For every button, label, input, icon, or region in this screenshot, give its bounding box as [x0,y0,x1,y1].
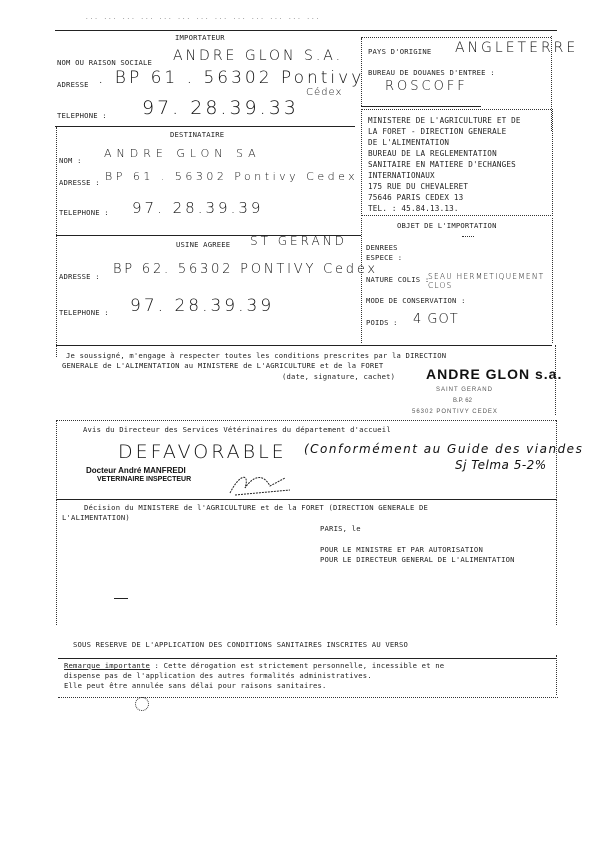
avis-note2: Sj Telma 5-2% [455,458,547,472]
divider [58,658,556,659]
top-border [55,30,557,31]
importateur-title: IMPORTATEUR [175,33,225,42]
remarque-line1-rest: : Cette dérogation est strictement perso… [150,661,444,670]
divider [55,126,355,127]
objet-title: OBJET DE L'IMPORTATION [397,221,497,230]
origin-customs-label: BUREAU DE DOUANES D'ENTREE : [368,68,495,77]
destinataire-address-label: ADRESSE : [59,178,100,187]
objet-poids-label: POIDS : [366,318,398,327]
avis-title: Avis du Directeur des Services Vétérinai… [83,425,391,434]
importateur-name-label: NOM OU RAISON SOCIALE [57,58,152,67]
decor-underline [462,236,474,237]
ministry-line: LA FORET - DIRECTION GENERALE [368,126,552,137]
usine-title: USINE AGREEE [176,240,230,249]
destinataire-name-label: NOM : [59,156,82,165]
remarque-line1: Remarque importante : Cette dérogation e… [64,661,444,670]
engagement-line1: Je soussigné, m'engage à respecter toute… [66,351,446,360]
decision-auth-line2: POUR LE DIRECTEUR GENERAL DE L'ALIMENTAT… [320,555,515,564]
faint-header-text: ... ... ... ... ... ... ... ... ... ... … [85,14,320,21]
divider [56,345,552,346]
origin-left-border [361,38,362,106]
objet-nature-label: NATURE COLIS : [366,275,429,284]
origin-top-border [361,37,551,38]
ministry-line: INTERNATIONAUX [368,170,552,181]
stamp-line2: SAINT GERAND [436,387,493,393]
reserve-text: SOUS RESERVE DE L'APPLICATION DES CONDIT… [73,640,408,649]
usine-address-value: BP 62. 56302 PONTIVY Cedex [113,262,378,277]
avis-note: (Conformément au Guide des viandes [304,442,583,456]
divider [56,499,556,500]
remarque-label: Remarque importante [64,661,150,670]
ministry-lines: MINISTERE DE L'AGRICULTURE ET DE LA FORE… [362,110,552,214]
objet-denrees-label: DENREES [366,243,398,252]
destinataire-name-value: ANDRE GLON SA [104,147,261,160]
bottom-border [58,697,558,698]
destinataire-address-value: BP 61 . 56302 Pontivy Cedex [105,170,358,183]
usine-title-value: ST GERAND [250,234,347,248]
importateur-address-suffix: Cédex [306,87,342,98]
punch-hole-mark [135,697,149,711]
destinataire-phone-label: TELEPHONE : [59,208,109,217]
company-stamp: ANDRE GLON s.a. [426,366,562,382]
avis-verdict: DEFAVORABLE [118,441,287,463]
ministry-line: 75646 PARIS CEDEX 13 [368,192,552,203]
ministry-line: MINISTERE DE L'AGRICULTURE ET DE [368,115,552,126]
importateur-address-label: ADRESSE [57,80,89,89]
ministry-line: BUREAU DE LA REGLEMENTATION [368,148,552,159]
decor-dash [114,598,128,599]
ministry-line: SANITAIRE EN MATIERE D'ECHANGES [368,159,552,170]
destinataire-title: DESTINATAIRE [170,130,224,139]
importateur-address-value: . BP 61 . 56302 Pontivy [98,68,364,88]
remarque-line3: Elle peut être annulée sans délai pour r… [64,681,327,690]
remarque-right-border [556,655,557,695]
importateur-phone-label: TELEPHONE : [57,111,107,120]
divider [56,420,556,421]
usine-phone-value: 97. 28.39.39 [130,296,274,316]
engagement-line2: GENERALE de L'ALIMENTATION au MINISTERE … [62,361,383,370]
avis-right-border [556,420,557,500]
objet-espece-label: ESPECE : [366,253,402,262]
origin-country-label: PAYS D'ORIGINE [368,47,431,56]
objet-poids-value: 4 GOT [413,312,459,327]
usine-phone-label: TELEPHONE : [59,308,109,317]
remarque-line2: dispense pas de l'application des autres… [64,671,372,680]
stamp-line3: B.P. 62 [453,398,472,404]
destinataire-phone-value: 97. 28.39.39 [132,199,263,217]
origin-country-value: ANGLETERRE [455,40,578,56]
engagement-line3: (date, signature, cachet) [282,372,395,381]
ministry-address-box: MINISTERE DE L'AGRICULTURE ET DE LA FORE… [361,109,553,216]
importateur-name-value: ANDRE GLON S.A. [173,48,343,64]
ministry-line: 175 RUE DU CHEVALERET [368,181,552,192]
left-border [56,127,57,357]
decision-auth-line1: POUR LE MINISTRE ET PAR AUTORISATION [320,545,483,554]
decision-left-border [56,500,57,625]
signature-icon [225,468,295,498]
usine-address-label: ADRESSE : [59,272,100,281]
decision-place-date: PARIS, le [320,524,361,533]
decision-right-border [556,500,557,625]
ministry-line: DE L'ALIMENTATION [368,137,552,148]
decision-title-line2: L'ALIMENTATION) [62,513,130,522]
signer-name-stamp: Docteur André MANFREDI [86,466,186,475]
origin-bottom-border [361,106,481,107]
objet-mode-label: MODE DE CONSERVATION : [366,296,466,305]
stamp-line4: 56302 PONTIVY CEDEX [412,409,498,415]
origin-customs-value: ROSCOFF [385,79,468,94]
objet-nature-value: SEAU HERMETIQUEMENT CLOS [428,272,558,290]
objet-left-border [361,218,362,343]
avis-left-border [56,420,57,500]
importateur-phone-value: 97. 28.39.33 [142,97,299,119]
decision-title-line1: Décision du MINISTERE de l'AGRICULTURE e… [84,503,428,512]
ministry-line: TEL. : 45.84.13.13. [368,203,552,214]
signer-title-stamp: VETERINAIRE INSPECTEUR [97,476,191,483]
